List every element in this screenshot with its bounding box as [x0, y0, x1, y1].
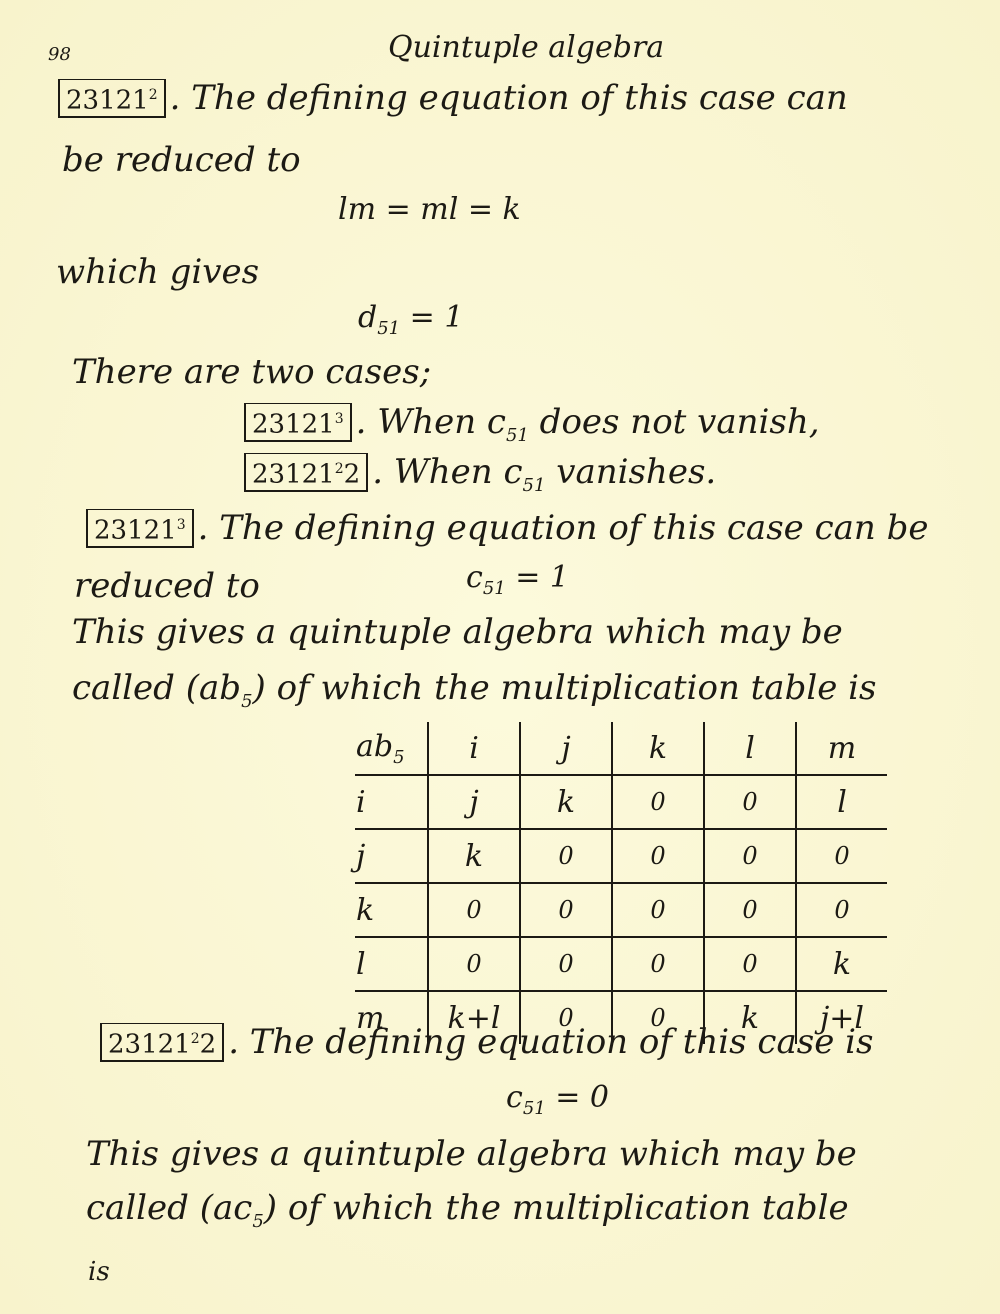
para3-line1: 2312122. The defining equation of this c…: [100, 1022, 873, 1062]
row-header: j: [355, 829, 428, 883]
case-label: 231212: [58, 79, 166, 118]
para1-line1: 231212. The defining equation of this ca…: [58, 78, 848, 118]
para3-line4: is: [88, 1252, 110, 1292]
table-cell: 0: [520, 937, 612, 991]
row-header: k: [355, 883, 428, 937]
para2-line3: This gives a quintuple algebra which may…: [72, 612, 843, 652]
table-row: k 0 0 0 0 0: [355, 883, 887, 937]
table-cell: j: [428, 775, 520, 829]
page-title: Quintuple algebra: [388, 30, 664, 65]
para3-line3: called (ac5) of which the multiplication…: [86, 1188, 849, 1242]
table-header-row: ab5 i j k l m: [355, 722, 887, 775]
row-header: l: [355, 937, 428, 991]
column-header: j: [520, 722, 612, 775]
para2-line1: 231213. The defining equation of this ca…: [86, 508, 928, 548]
case-label: 2312122: [100, 1023, 224, 1062]
table-cell: l: [796, 775, 887, 829]
column-header: m: [796, 722, 887, 775]
table-row: l 0 0 0 0 k: [355, 937, 887, 991]
case-item-1: 231213. When c51 does not vanish,: [244, 402, 820, 456]
table-cell: k: [796, 937, 887, 991]
table-cell: 0: [428, 883, 520, 937]
table-cell: 0: [796, 883, 887, 937]
para1-line4: There are two cases;: [72, 352, 431, 392]
equation-c51-eq-1: c51 = 1: [466, 560, 569, 599]
table-cell: 0: [520, 883, 612, 937]
equation-d51: d51 = 1: [358, 300, 463, 339]
case-label: 231213: [86, 509, 194, 548]
table-cell: 0: [612, 937, 704, 991]
column-header: i: [428, 722, 520, 775]
para1-line2: be reduced to: [62, 140, 301, 180]
table-cell: 0: [704, 775, 796, 829]
table-cell: 0: [428, 937, 520, 991]
table-cell: k: [428, 829, 520, 883]
case-label: 2312122: [244, 453, 368, 492]
case-item-2: 2312122. When c51 vanishes.: [244, 452, 716, 506]
para2-line2: reduced to: [74, 566, 260, 606]
equation-lm-ml-k: lm = ml = k: [338, 192, 521, 227]
page-number: 98: [48, 44, 71, 65]
row-header: i: [355, 775, 428, 829]
table-cell: 0: [612, 829, 704, 883]
table-cell: 0: [704, 937, 796, 991]
table-cell: k: [520, 775, 612, 829]
table-cell: 0: [796, 829, 887, 883]
para1-line3: which gives: [56, 252, 259, 292]
table-cell: 0: [704, 883, 796, 937]
column-header: l: [704, 722, 796, 775]
para3-line2: This gives a quintuple algebra which may…: [86, 1134, 857, 1174]
equation-c51-eq-0: c51 = 0: [506, 1080, 609, 1119]
case-label: 231213: [244, 403, 352, 442]
table-corner: ab5: [355, 722, 428, 775]
table-cell: 0: [704, 829, 796, 883]
table-cell: 0: [612, 883, 704, 937]
table-cell: 0: [520, 829, 612, 883]
column-header: k: [612, 722, 704, 775]
table-cell: 0: [612, 775, 704, 829]
multiplication-table-ab5: ab5 i j k l m i j k 0 0 l j k 0 0: [355, 722, 887, 1044]
table-row: i j k 0 0 l: [355, 775, 887, 829]
para2-line4: called (ab5) of which the multiplication…: [72, 668, 876, 722]
table-row: j k 0 0 0 0: [355, 829, 887, 883]
manuscript-page: 98 Quintuple algebra 231212. The definin…: [0, 0, 1000, 1314]
